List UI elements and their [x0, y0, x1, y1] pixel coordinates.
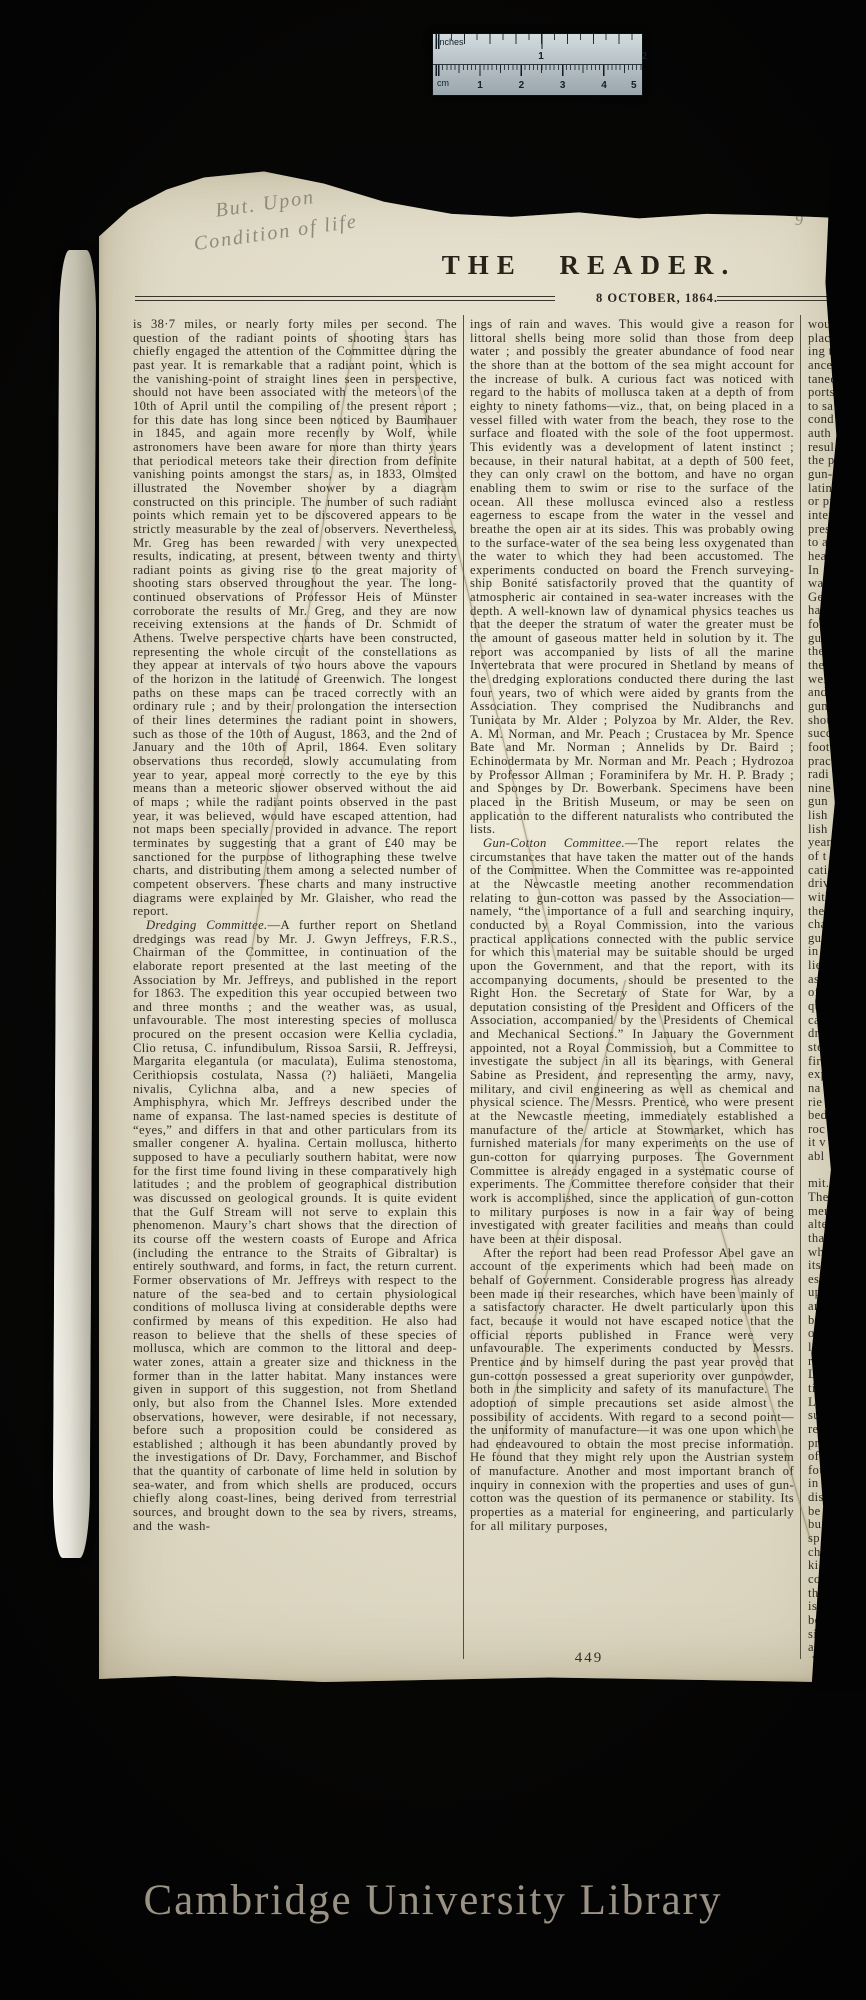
handwritten-annotation: But. Upon Condition of life: [214, 177, 360, 256]
paragraph: Gun-Cotton Committee.—The report relates…: [470, 837, 794, 1247]
column-divider-1: [463, 315, 464, 1659]
ruler-inch-number: 1: [538, 51, 544, 62]
paragraph-lead-italic: Gun-Cotton Committee.: [483, 836, 625, 850]
paragraph-lead-italic: Dredging Committee.: [146, 918, 268, 932]
library-watermark: Cambridge University Library: [0, 1876, 866, 1925]
paragraph-text: —The report relates the circumstances th…: [470, 836, 794, 1246]
handwritten-page-number: 9: [795, 212, 803, 230]
column-middle: ings of rain and waves. This would give …: [470, 318, 794, 1658]
header-rule-left: [135, 296, 555, 301]
book-page-edge: [53, 250, 97, 1558]
paragraph-text: is 38·7 miles, or nearly forty miles per…: [133, 318, 457, 918]
ruler-inch-number: 2: [642, 51, 648, 62]
paragraph: ings of rain and waves. This would give …: [470, 318, 794, 837]
ruler-cm-number: 4: [601, 80, 607, 91]
header-rule-right: [717, 296, 845, 301]
masthead-title: THE READER.: [409, 250, 769, 281]
page-number: 449: [529, 1650, 649, 1667]
paragraph: After the report had been read Professor…: [470, 1247, 794, 1534]
ruler-cm-label: cm: [437, 78, 449, 88]
ruler-cm-number: 5: [631, 80, 637, 91]
scan-photo-stage: Inches cm 1212345 But. Upon Condition of…: [0, 0, 866, 2000]
paragraph-text: ings of rain and waves. This would give …: [470, 318, 794, 836]
paragraph: is 38·7 miles, or nearly forty miles per…: [133, 318, 457, 919]
newspaper-clipping: But. Upon Condition of life 9 THE READER…: [99, 170, 849, 1682]
ruler-cm-ticks: [433, 65, 642, 94]
paragraph-text: —A further report on Shetland dredgings …: [133, 918, 457, 1533]
column-divider-2: [800, 315, 801, 1659]
column-left: is 38·7 miles, or nearly forty miles per…: [133, 318, 457, 1658]
ruler-cm-number: 1: [477, 80, 483, 91]
paragraph-text: After the report had been read Professor…: [470, 1246, 794, 1533]
ruler-cm-number: 2: [519, 80, 525, 91]
ruler-cm-number: 3: [560, 80, 566, 91]
ruler-inches-label: Inches: [437, 37, 464, 47]
paragraph: Dredging Committee.—A further report on …: [133, 919, 457, 1534]
measurement-ruler: Inches cm 1212345: [432, 33, 643, 96]
